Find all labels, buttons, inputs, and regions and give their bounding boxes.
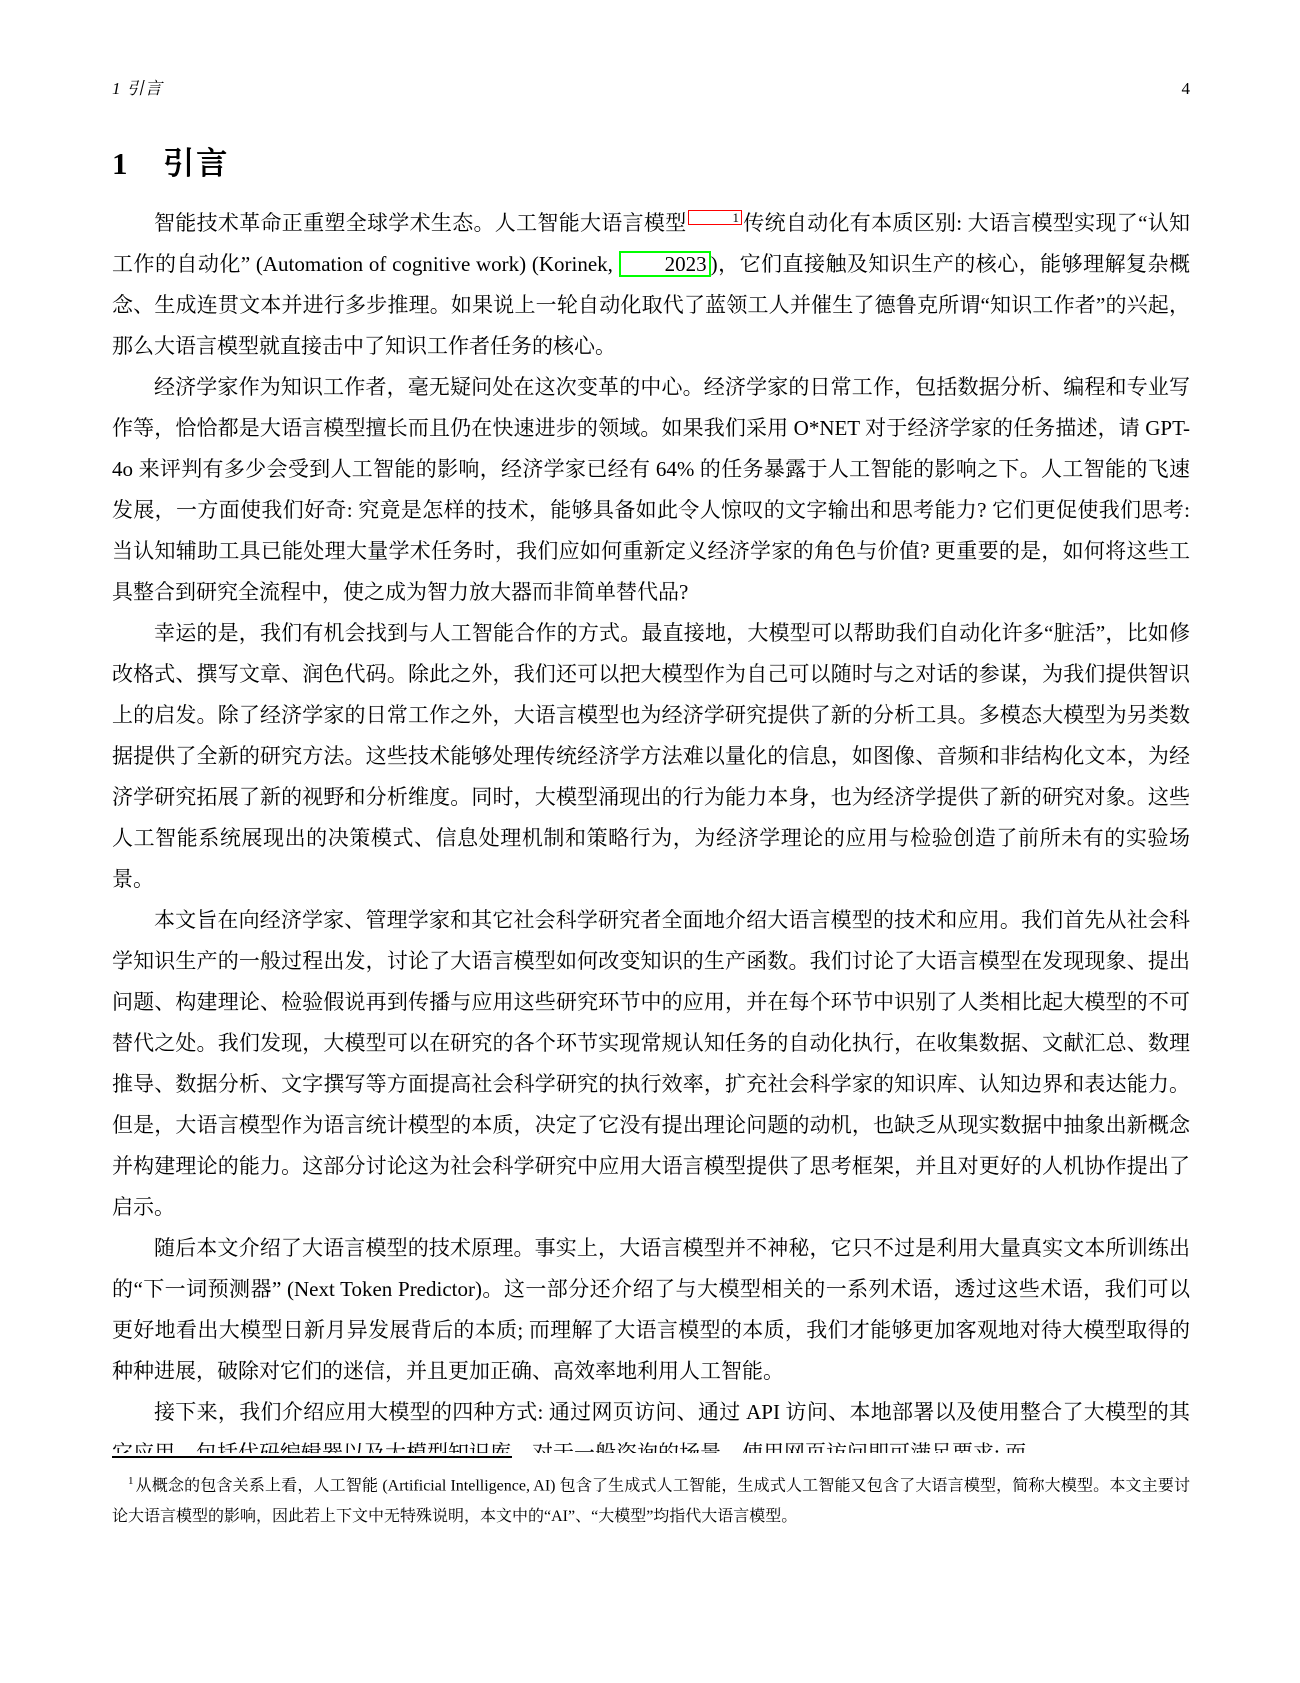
- body-text-run: 幸运的是，我们有机会找到与人工智能合作的方式。最直接地，大模型可以帮助我们自动化…: [112, 621, 1190, 891]
- body-text-run: 接下来，我们介绍应用大模型的四种方式: 通过网页访问、通过 API 访问、本地部…: [112, 1400, 1190, 1453]
- section-title: 1 引言: [112, 144, 229, 184]
- body-text-run: 经济学家作为知识工作者，毫无疑问处在这次变革的中心。经济学家的日常工作，包括数据…: [112, 375, 1190, 604]
- running-header-section-label: 1 引言: [112, 74, 163, 99]
- running-header: 1 引言 4: [112, 74, 1190, 99]
- section-number: 1: [112, 144, 128, 184]
- document-page: 1 引言 4 1 引言 智能技术革命正重塑全球学术生态。人工智能大语言模型1传统…: [0, 0, 1300, 1683]
- section-title-text: 引言: [163, 144, 229, 184]
- page-number: 4: [1182, 79, 1191, 99]
- paragraph: 接下来，我们介绍应用大模型的四种方式: 通过网页访问、通过 API 访问、本地部…: [112, 1392, 1190, 1453]
- body-text-run: 智能技术革命正重塑全球学术生态。人工智能大语言模型: [154, 211, 687, 235]
- body-text-run: 本文旨在向经济学家、管理学家和其它社会科学研究者全面地介绍大语言模型的技术和应用…: [112, 908, 1190, 1219]
- body-text-run: 随后本文介绍了大语言模型的技术原理。事实上，大语言模型并不神秘，它只不过是利用大…: [112, 1236, 1190, 1383]
- paragraph: 智能技术革命正重塑全球学术生态。人工智能大语言模型1传统自动化有本质区别: 大语…: [112, 203, 1190, 367]
- paragraph: 幸运的是，我们有机会找到与人工智能合作的方式。最直接地，大模型可以帮助我们自动化…: [112, 613, 1190, 900]
- footnote-rule: [112, 1456, 512, 1458]
- document-body: 智能技术革命正重塑全球学术生态。人工智能大语言模型1传统自动化有本质区别: 大语…: [112, 203, 1190, 1453]
- citation-year-link[interactable]: 2023: [619, 251, 711, 277]
- footnote-text: 从概念的包含关系上看，人工智能 (Artificial Intelligence…: [112, 1477, 1190, 1525]
- footnote-area: 1从概念的包含关系上看，人工智能 (Artificial Intelligenc…: [112, 1456, 1190, 1532]
- footnote-marker: 1: [128, 1475, 134, 1487]
- paragraph: 随后本文介绍了大语言模型的技术原理。事实上，大语言模型并不神秘，它只不过是利用大…: [112, 1228, 1190, 1392]
- footnote-ref-link[interactable]: 1: [688, 210, 743, 225]
- paragraph: 本文旨在向经济学家、管理学家和其它社会科学研究者全面地介绍大语言模型的技术和应用…: [112, 900, 1190, 1228]
- paragraph: 经济学家作为知识工作者，毫无疑问处在这次变革的中心。经济学家的日常工作，包括数据…: [112, 367, 1190, 613]
- footnote: 1从概念的包含关系上看，人工智能 (Artificial Intelligenc…: [112, 1466, 1190, 1532]
